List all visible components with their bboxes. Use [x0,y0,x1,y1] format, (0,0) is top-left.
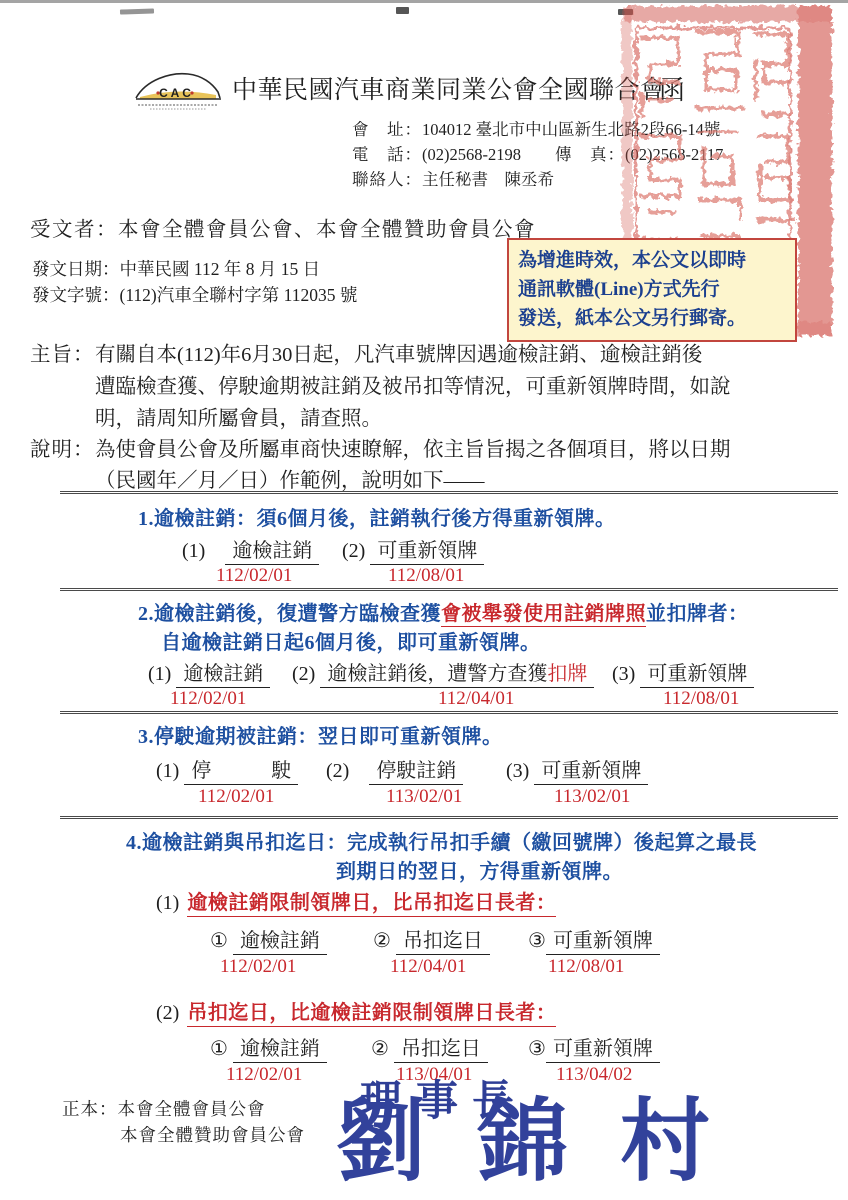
section4a-date1: 112/02/01 [220,956,296,978]
section4-sub2-heading: (2)吊扣迄日，比逾檢註銷限制領牌日長者： [156,996,556,1025]
section4a-item1: ① 逾檢註銷 [210,924,327,953]
subject-body: 有關自本(112)年6月30日起，凡汽車號牌因遇逾檢註銷、逾檢註銷後 遭臨檢查獲… [95,339,820,435]
dispatch-date-line: 發文日期：中華民國 112 年 8 月 15 日 [32,256,320,281]
section2-heading-line1: 2.逾檢註銷後，復遭警方臨檢查獲會被舉發使用註銷牌照並扣牌者： [138,597,749,626]
section4-sub1-heading: (1)逾檢註銷限制領牌日，比吊扣迄日長者： [156,886,556,915]
section1-date1: 112/02/01 [216,565,292,587]
section2-item1: (1) 逾檢註銷 [148,657,270,686]
logo-letters: C A C [159,86,191,100]
section4-heading-line2: 到期日的翌日，方得重新領牌。 [336,855,623,884]
section4b-date3: 113/04/02 [556,1064,632,1086]
scan-artifact [120,8,154,14]
section2-red-phrase: 會被舉發使用註銷牌照 [441,603,646,627]
section3-item3: (3) 可重新領牌 [506,754,648,783]
recipient-line: 受文者：本會全體會員公會、本會全體贊助會員公會 [30,212,536,242]
section3-date2: 113/02/01 [386,786,462,808]
section2-date1: 112/02/01 [170,688,246,710]
section4a-date3: 112/08/01 [548,956,624,978]
section4a-item3: ③可重新領牌 [528,924,660,953]
notice-line: 發送，紙本公文另行郵寄。 [518,304,786,333]
section2-item2-red: 扣牌 [547,663,587,685]
scan-artifact [396,7,409,14]
subject-label: 主旨： [30,344,95,366]
section-divider [60,588,838,591]
section3-item2: (2) 停駛註銷 [326,754,463,783]
subject-paragraph: 主旨： 有關自本(112)年6月30日起，凡汽車號牌因遇逾檢註銷、逾檢註銷後 遭… [30,339,95,371]
explanation-body: 為使會員公會及所屬車商快速瞭解，依主旨旨揭之各個項目，將以日期 （民國年／月／日… [95,435,820,497]
original-copy-line1: 正本：本會全體會員公會 [62,1096,266,1121]
section4b-item3: ③可重新領牌 [528,1032,660,1061]
section-divider [60,816,838,819]
section-divider [60,711,838,714]
organization-title: 中華民國汽車商業同業公會全國聯合會 [232,70,666,106]
section3-heading: 3.停駛逾期被註銷：翌日即可重新領牌。 [138,720,503,749]
section4a-date2: 112/04/01 [390,956,466,978]
section3-date1: 112/02/01 [198,786,274,808]
section4-heading-line1: 4.逾檢註銷與吊扣迄日：完成執行吊扣手續（繳回號牌）後起算之最長 [126,826,757,855]
section-divider [60,491,838,494]
section3-item1: (1) 停 駛 [156,754,298,783]
line-delivery-notice-box: 為增進時效，本公文以即時 通訊軟體(Line)方式先行 發送，紙本公文另行郵寄。 [507,238,797,342]
section2-date3: 112/08/01 [663,688,739,710]
dispatch-number-line: 發文字號：(112)汽車全聯村字第 112035 號 [32,282,357,307]
section1-heading: 1.逾檢註銷：須6個月後，註銷執行後方得重新領牌。 [138,502,616,531]
chairman-signature: 劉錦村 [336,1088,762,1198]
section4b-item1: ① 逾檢註銷 [210,1032,327,1061]
scan-edge-artifact [0,0,848,3]
cac-car-logo-icon: C A C [128,66,228,118]
section1-item2: (2) 可重新領牌 [342,534,484,563]
explanation-label: 說明： [30,439,95,461]
section4a-item2: ② 吊扣迄日 [373,924,490,953]
section3-date3: 113/02/01 [554,786,630,808]
section2-heading-line2: 自逾檢註銷日起6個月後，即可重新領牌。 [161,626,541,655]
section1-date2: 112/08/01 [388,565,464,587]
notice-line: 為增進時效，本公文以即時 [518,246,786,275]
explanation-paragraph: 說明： 為使會員公會及所屬車商快速瞭解，依主旨旨揭之各個項目，將以日期 （民國年… [30,435,95,466]
original-copy-line2: 本會全體贊助會員公會 [120,1122,305,1147]
section2-item2: (2) 逾檢註銷後，遭警方查獲扣牌 [292,657,594,686]
section2-item3: (3) 可重新領牌 [612,657,754,686]
section4b-item2: ② 吊扣迄日 [371,1032,488,1061]
document-page: 為增進時效，本公文以即時 通訊軟體(Line)方式先行 發送，紙本公文另行郵寄。… [0,0,848,1200]
section1-item1: (1) 逾檢註銷 [182,534,319,563]
section4b-date1: 112/02/01 [226,1064,302,1086]
section2-date2: 112/04/01 [438,688,514,710]
notice-line: 通訊軟體(Line)方式先行 [518,275,786,304]
